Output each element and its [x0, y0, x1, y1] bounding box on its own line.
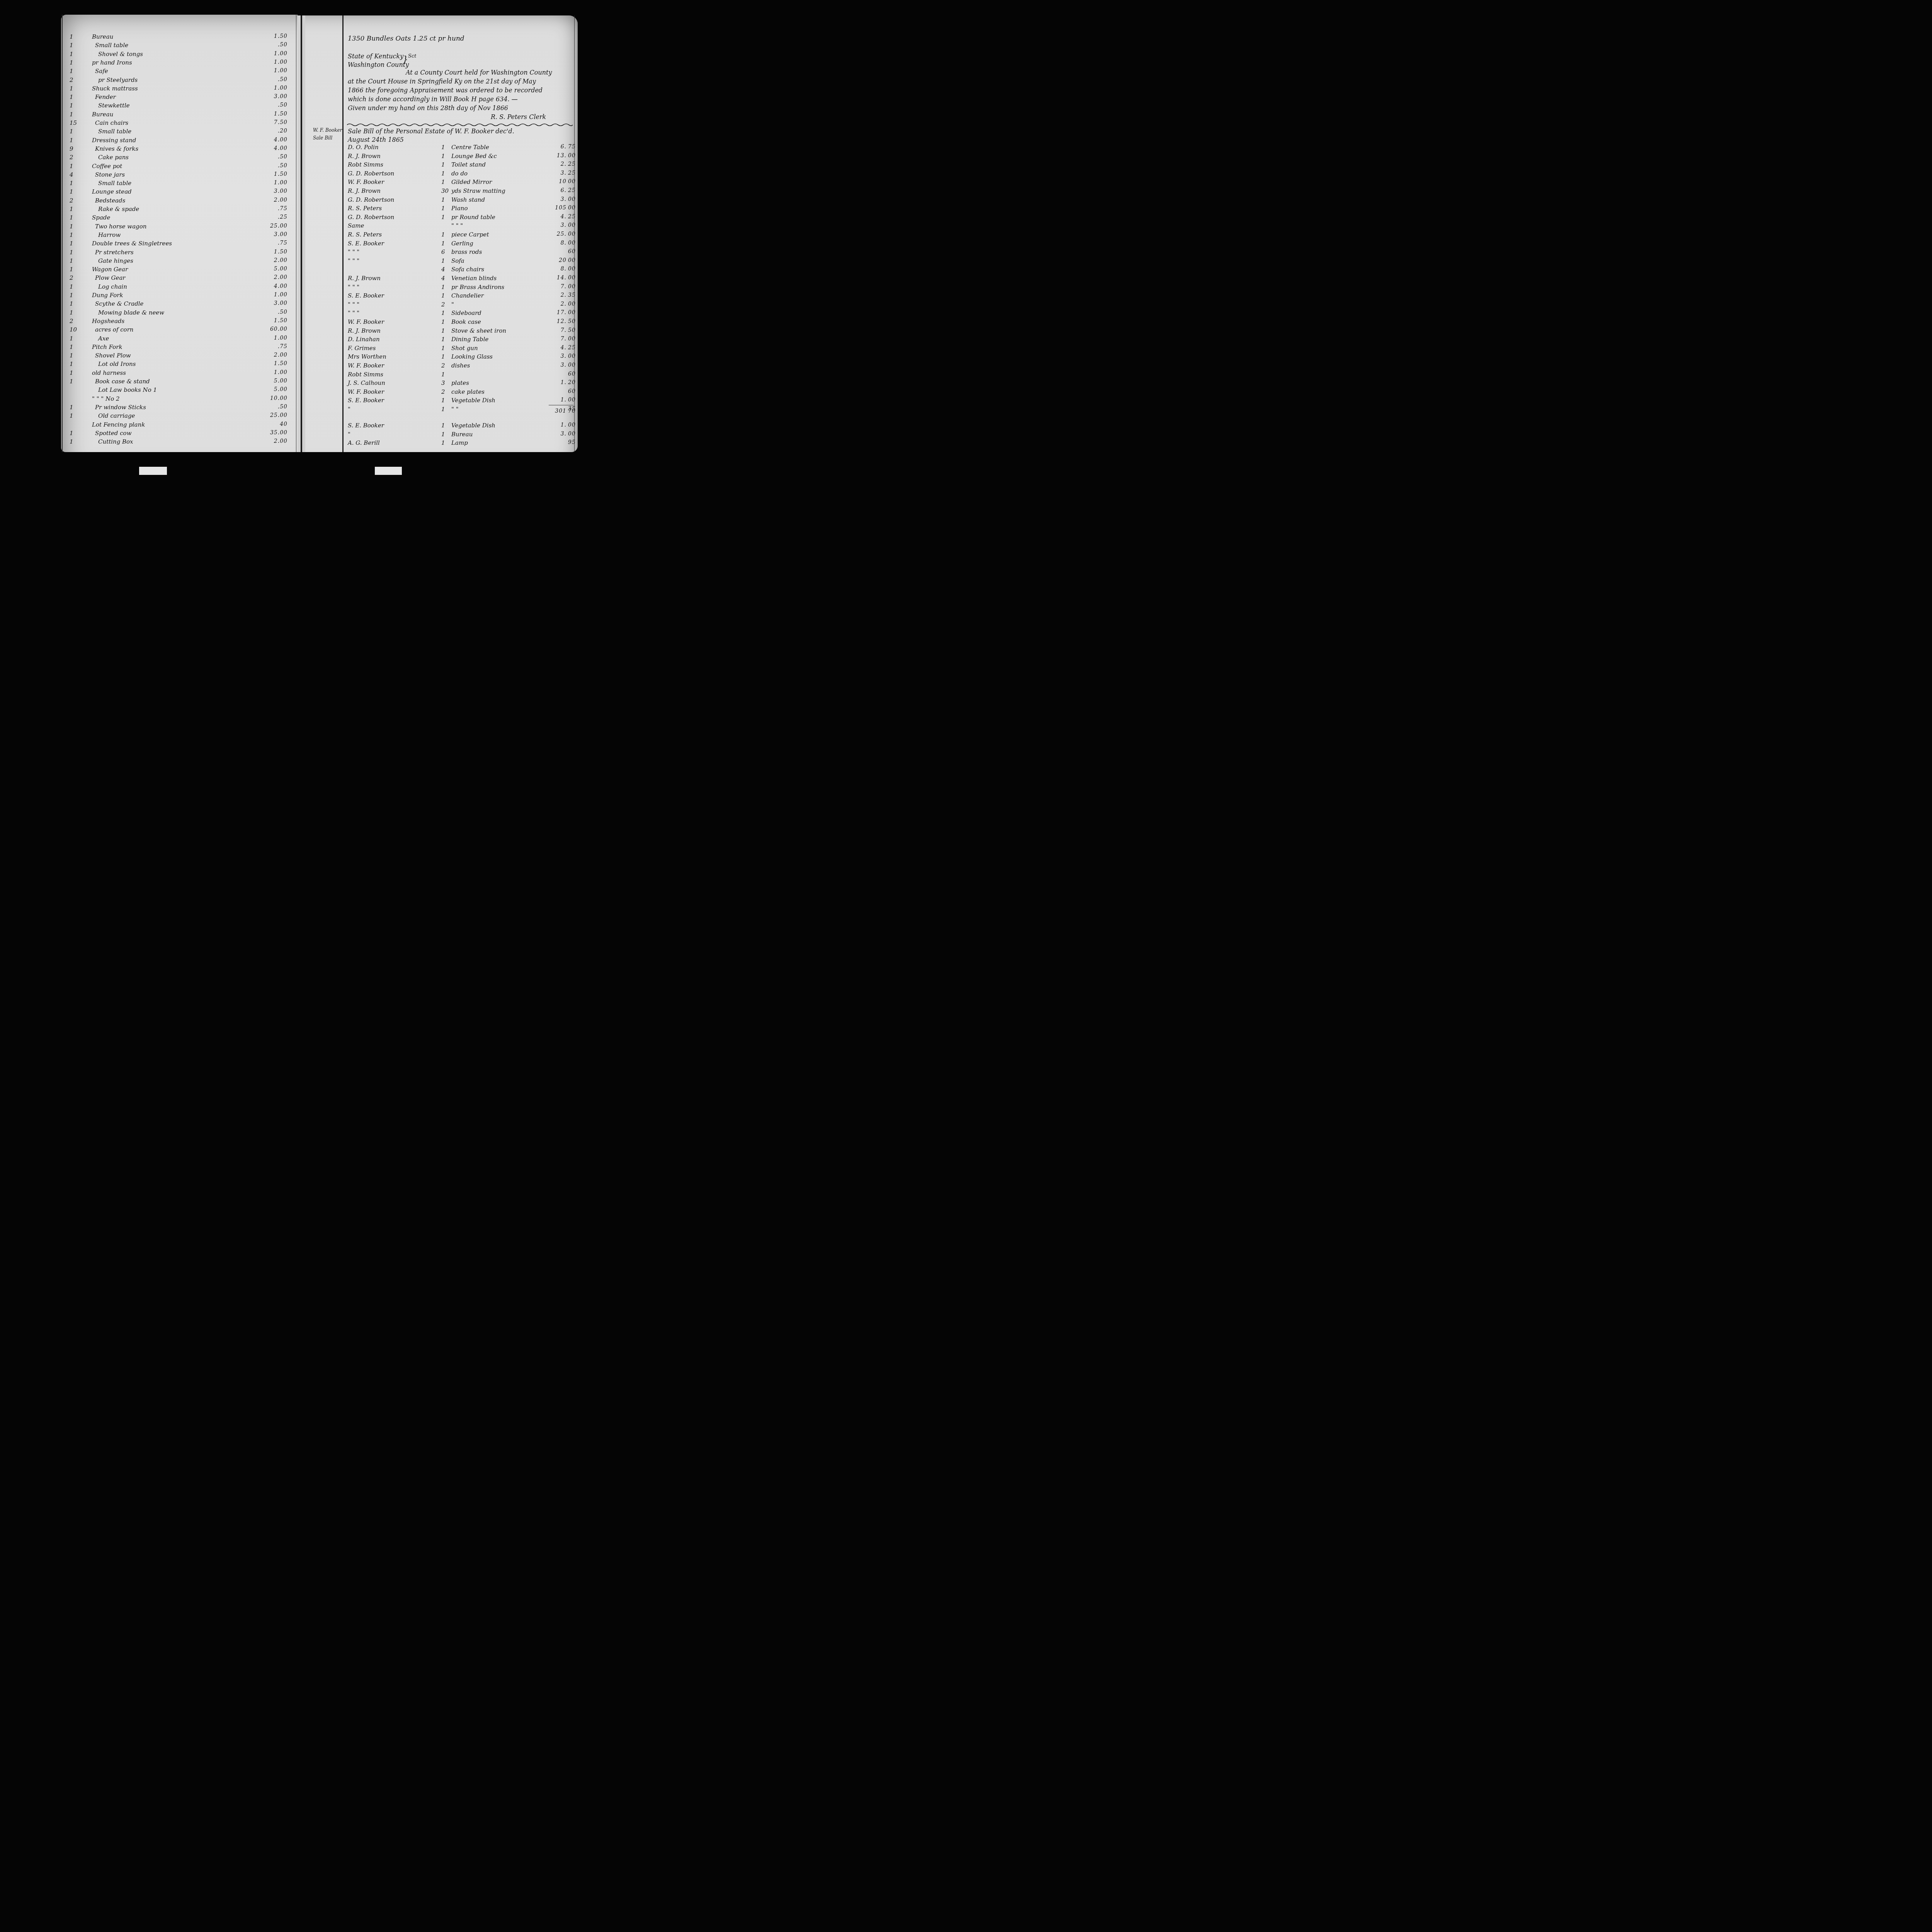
buyer-name: R. J. Brown	[348, 327, 381, 334]
sale-cents: 00	[568, 310, 577, 316]
buyer-name: G. D. Robertson	[348, 170, 394, 177]
sale-cents: 00	[568, 240, 577, 246]
sale-item: Venetian blinds	[451, 275, 497, 282]
sale-quantity: 1	[441, 345, 445, 352]
sale-cents: 60	[568, 248, 577, 255]
venue-county: Washington County	[348, 61, 409, 68]
item-description: Coffee pot	[92, 163, 122, 170]
sale-quantity: 1	[441, 231, 445, 238]
buyer-name: D. Linahan	[348, 336, 380, 343]
item-quantity: 1	[70, 33, 73, 40]
item-description: Old carriage	[98, 412, 135, 419]
inventory-row: 1Pr window Sticks.50	[61, 404, 298, 412]
item-quantity: 1	[70, 59, 73, 66]
buyer-name: A. G. Berill	[348, 439, 380, 446]
item-description: Two horse wagon	[95, 223, 146, 230]
item-quantity: 9	[70, 145, 73, 152]
item-amount: 1.00	[262, 335, 287, 341]
sale-row: D. Linahan1Dining Table7.00	[305, 336, 578, 344]
sale-dollars: 8.	[545, 266, 566, 272]
item-description: Plow Gear	[95, 274, 126, 281]
buyer-name: R. S. Peters	[348, 231, 382, 238]
inventory-row: 2Bedsteads2.00	[61, 197, 298, 206]
item-quantity: 1	[70, 352, 73, 359]
subtotal-dollars: 301	[541, 408, 566, 414]
sale-row: "1Bureau3.00	[305, 431, 578, 439]
sale-dollars: 2.	[545, 301, 566, 307]
sale-cents: 25	[568, 187, 577, 194]
sale-row: "1" "35	[305, 406, 578, 414]
inventory-row: 2Plow Gear2.00	[61, 274, 298, 283]
venue-state: State of Kentucky	[348, 53, 403, 60]
sale-row: G. D. Robertson1pr Round table4.25	[305, 214, 578, 222]
sale-cents: 00	[568, 284, 577, 290]
item-amount: .75	[262, 206, 287, 212]
item-description: Cutting Box	[98, 438, 133, 445]
item-description: Pitch Fork	[92, 344, 122, 350]
item-amount: 3.00	[262, 300, 287, 306]
sale-quantity: 1	[441, 257, 445, 264]
right-ledger-page: 1350 Bundles Oats 1.25 ct pr hund State …	[305, 15, 578, 452]
inventory-row: 1Log chain4.00	[61, 283, 298, 292]
sale-item: brass rods	[451, 248, 482, 255]
sale-cents: 00	[568, 205, 577, 211]
item-quantity: 10	[70, 326, 77, 333]
item-amount: 1.00	[262, 180, 287, 186]
item-amount: 1.50	[262, 249, 287, 255]
sale-item: piece Carpet	[451, 231, 489, 238]
sale-cents: 00	[568, 301, 577, 307]
item-description: Lot Fencing plank	[92, 421, 145, 428]
sale-item: Sideboard	[451, 310, 481, 316]
item-description: Hogsheads	[92, 318, 124, 325]
sale-cents: 00	[568, 431, 577, 437]
buyer-name: Robt Simms	[348, 371, 383, 378]
sale-quantity: 1	[441, 406, 445, 413]
sale-item: Shot gun	[451, 345, 478, 352]
item-amount: .75	[262, 344, 287, 350]
item-amount: .20	[262, 128, 287, 134]
inventory-row: Lot Fencing plank40	[61, 421, 298, 430]
sale-row: Same" " "3.00	[305, 222, 578, 231]
sale-dollars: 6.	[545, 187, 566, 194]
sale-quantity: 4	[441, 275, 445, 282]
gutter-rule	[301, 15, 302, 452]
item-quantity: 1	[70, 180, 73, 187]
buyer-name: J. S. Calhoun	[348, 379, 385, 386]
item-amount: .50	[262, 309, 287, 315]
sale-quantity: 1	[441, 397, 445, 404]
sale-quantity: 1	[441, 144, 445, 151]
sale-quantity: 2	[441, 388, 445, 395]
item-quantity: 1	[70, 188, 73, 195]
inventory-row: 1Shovel Plow2.00	[61, 352, 298, 361]
item-description: Small table	[98, 128, 131, 135]
item-quantity: 1	[70, 378, 73, 385]
inventory-row: 1Fender3.00	[61, 94, 298, 102]
sale-quantity: 1	[441, 153, 445, 160]
sale-quantity: 2	[441, 362, 445, 369]
item-description: Mowing blade & neew	[98, 309, 164, 316]
sale-dollars: 4.	[545, 345, 566, 351]
item-amount: .25	[262, 214, 287, 220]
certificate-line-4: which is done accordingly in Will Book H…	[348, 95, 518, 103]
item-amount: 4.00	[262, 283, 287, 289]
sale-item: pr Brass Andirons	[451, 284, 504, 291]
sale-dollars: 2.	[545, 292, 566, 298]
item-quantity: 1	[70, 266, 73, 273]
item-description: Wagon Gear	[92, 266, 128, 273]
buyer-name: R. J. Brown	[348, 153, 381, 160]
sale-row: D. O. Polin1Centre Table6.75	[305, 144, 578, 152]
item-amount: 7.50	[262, 119, 287, 126]
item-quantity: 2	[70, 197, 73, 204]
sale-item: "	[451, 301, 454, 308]
item-amount: 2.00	[262, 438, 287, 444]
sale-row: W. F. Booker1Book case12.50	[305, 318, 578, 327]
sale-row: Mrs Worthen1Looking Glass3.00	[305, 353, 578, 362]
sale-item: Vegetable Dish	[451, 397, 495, 404]
inventory-row: 9Knives & forks4.00	[61, 145, 298, 154]
item-description: Cain chairs	[95, 119, 128, 126]
sale-cents: 00	[568, 275, 577, 281]
sale-row: W. F. Booker1Gilded Mirror1000	[305, 179, 578, 187]
sale-quantity: 1	[441, 196, 445, 203]
subtotal-rule	[549, 405, 573, 405]
item-description: Axe	[98, 335, 109, 342]
item-quantity: 1	[70, 344, 73, 350]
item-description: Spotted cow	[95, 430, 131, 437]
inventory-row: 1old harness1.00	[61, 369, 298, 378]
sale-item: Gilded Mirror	[451, 179, 492, 185]
item-quantity: 4	[70, 171, 73, 178]
item-description: Book case & stand	[95, 378, 150, 385]
item-amount: 2.00	[262, 352, 287, 358]
item-description: Double trees & Singletrees	[92, 240, 172, 247]
sale-dollars: 14.	[545, 275, 566, 281]
inventory-row: 1Axe1.00	[61, 335, 298, 344]
sale-quantity: 1	[441, 214, 445, 221]
sale-item: Sofa chairs	[451, 266, 484, 273]
sale-dollars: 17.	[545, 310, 566, 316]
item-amount: 3.00	[262, 94, 287, 100]
sale-dollars: 7.	[545, 284, 566, 290]
item-description: acres of corn	[95, 326, 133, 333]
sale-row: A. G. Berill1Lamp95	[305, 439, 578, 448]
inventory-row: 1Rake & spade.75	[61, 206, 298, 214]
sale-row: R. J. Brown1Lounge Bed &c13.00	[305, 153, 578, 161]
item-description: Harrow	[98, 231, 121, 238]
sale-row: R. J. Brown4Venetian blinds14.00	[305, 275, 578, 283]
inventory-row: 1Pitch Fork.75	[61, 344, 298, 352]
item-amount: .50	[262, 163, 287, 169]
item-quantity: 1	[70, 68, 73, 75]
sale-dollars: 20	[545, 257, 566, 264]
buyer-name: Same	[348, 222, 364, 229]
item-description: old harness	[92, 369, 126, 376]
item-quantity: 1	[70, 292, 73, 299]
item-amount: 1.00	[262, 292, 287, 298]
sale-quantity: 1	[441, 422, 445, 429]
sale-row: " " "1Sofa2000	[305, 257, 578, 266]
inventory-row: 1Safe1.00	[61, 68, 298, 76]
sale-dollars: 13.	[545, 153, 566, 159]
wavy-divider	[347, 123, 573, 127]
sale-quantity: 1	[441, 284, 445, 291]
sale-cents: 20	[568, 379, 577, 386]
inventory-row: 1Dressing stand4.00	[61, 137, 298, 145]
sale-quantity: 1	[441, 336, 445, 343]
item-amount: 25.00	[262, 412, 287, 418]
item-amount: 1.50	[262, 171, 287, 177]
sale-dollars: 12.	[545, 318, 566, 325]
sale-quantity: 4	[441, 266, 445, 273]
sale-row: J. S. Calhoun3plates1.20	[305, 379, 578, 388]
item-description: Shuck mattrass	[92, 85, 138, 92]
sale-cents: 95	[568, 439, 577, 446]
buyer-name: " " "	[348, 301, 359, 308]
item-amount: .50	[262, 102, 287, 108]
inventory-row: 1Mowing blade & neew.50	[61, 309, 298, 318]
sale-bill-date: August 24th 1865	[348, 136, 404, 143]
inventory-row: 10acres of corn60.00	[61, 326, 298, 335]
item-description: Lounge stead	[92, 188, 132, 195]
item-quantity: 2	[70, 77, 73, 83]
sale-row: R. S. Peters1Piano10500	[305, 205, 578, 213]
sale-dollars: 10	[545, 179, 566, 185]
inventory-row: 1Gate hinges2.00	[61, 257, 298, 266]
sale-quantity: 1	[441, 205, 445, 212]
inventory-row: 1Harrow3.00	[61, 231, 298, 240]
sale-dollars: 105	[545, 205, 566, 211]
sale-item: Chandelier	[451, 292, 484, 299]
item-amount: 25.00	[262, 223, 287, 229]
item-quantity: 1	[70, 361, 73, 367]
item-amount: 1.00	[262, 369, 287, 376]
sale-row: R. J. Brown30yds Straw matting6.25	[305, 187, 578, 196]
sale-item: yds Straw matting	[451, 187, 505, 194]
sale-dollars: 1.	[545, 379, 566, 386]
sale-quantity: 30	[441, 187, 449, 194]
sale-cents: 60	[568, 371, 577, 377]
item-amount: 1.50	[262, 318, 287, 324]
item-description: Log chain	[98, 283, 127, 290]
item-quantity: 1	[70, 430, 73, 437]
sale-quantity: 1	[441, 327, 445, 334]
buyer-name: S. E. Booker	[348, 292, 384, 299]
inventory-row: 1Shuck mattrass1.00	[61, 85, 298, 94]
item-description: Small table	[98, 180, 131, 187]
certificate-line-1: At a County Court held for Washington Co…	[406, 69, 552, 76]
sale-item: " "	[451, 406, 459, 413]
sale-dollars: 25.	[545, 231, 566, 237]
inventory-row: 1Small table.20	[61, 128, 298, 136]
sale-item: Stove & sheet iron	[451, 327, 506, 334]
sale-quantity: 1	[441, 179, 445, 185]
buyer-name: "	[348, 431, 350, 438]
item-quantity: 15	[70, 119, 77, 126]
item-quantity: 1	[70, 102, 73, 109]
inventory-row: 1Spade.25	[61, 214, 298, 223]
item-description: Bureau	[92, 33, 113, 40]
sale-cents: 00	[568, 222, 577, 228]
item-quantity: 1	[70, 85, 73, 92]
inventory-row: 1Two horse wagon25.00	[61, 223, 298, 231]
sale-cents: 00	[568, 397, 577, 403]
item-amount: 3.00	[262, 188, 287, 194]
buyer-name: Robt Simms	[348, 161, 383, 168]
inventory-row: 1Small table.50	[61, 42, 298, 50]
sale-dollars: 8.	[545, 240, 566, 246]
sale-row: S. E. Booker1Chandelier2.35	[305, 292, 578, 301]
item-description: Scythe & Cradle	[95, 300, 143, 307]
sale-quantity: 1	[441, 292, 445, 299]
item-description: Pr stretchers	[95, 249, 134, 256]
sale-row: S. E. Booker1Vegetable Dish1.00	[305, 422, 578, 430]
sale-row: " " "2"2.00	[305, 301, 578, 310]
sale-item: " " "	[451, 222, 463, 229]
sale-cents: 00	[568, 266, 577, 272]
sale-item: Wash stand	[451, 196, 485, 203]
buyer-name: W. F. Booker	[348, 318, 384, 325]
sale-dollars: 1.	[545, 422, 566, 428]
item-amount: .50	[262, 404, 287, 410]
item-quantity: 1	[70, 206, 73, 213]
inventory-row: 1Old carriage25.00	[61, 412, 298, 421]
sale-row: R. J. Brown1Stove & sheet iron7.50	[305, 327, 578, 336]
item-amount: 35.00	[262, 430, 287, 436]
inventory-row: 15Cain chairs7.50	[61, 119, 298, 128]
buyer-name: G. D. Robertson	[348, 214, 394, 221]
inventory-row: 1Pr stretchers1.50	[61, 249, 298, 257]
sale-item: dishes	[451, 362, 470, 369]
buyer-name: " " "	[348, 284, 359, 291]
sale-dollars: 3.	[545, 353, 566, 359]
item-amount: 2.00	[262, 274, 287, 281]
inventory-row: 1Book case & stand5.00	[61, 378, 298, 386]
sale-row: G. D. Robertson1do do3.25	[305, 170, 578, 179]
item-description: Fender	[95, 94, 116, 100]
item-description: Shovel Plow	[95, 352, 131, 359]
inventory-row: 1Double trees & Singletrees.75	[61, 240, 298, 248]
sale-item: Bureau	[451, 431, 473, 438]
item-quantity: 2	[70, 318, 73, 325]
sale-quantity: 1	[441, 371, 445, 378]
sale-cents: 60	[568, 388, 577, 395]
sale-cents: 35	[568, 292, 577, 298]
sale-cents: 00	[568, 153, 577, 159]
sale-row: " " "1Sideboard17.00	[305, 310, 578, 318]
item-quantity: 1	[70, 309, 73, 316]
sale-dollars: 3.	[545, 196, 566, 202]
sale-item: pr Round table	[451, 214, 495, 221]
item-amount: .75	[262, 240, 287, 246]
inventory-row: 1Shovel & tongs1.00	[61, 51, 298, 59]
item-description: Safe	[95, 68, 108, 75]
sale-quantity: 1	[441, 310, 445, 316]
margin-note-name: W. F. Booker	[313, 128, 342, 133]
sale-row: R. S. Peters1piece Carpet25.00	[305, 231, 578, 240]
clerk-signature: R. S. Peters Clerk	[491, 113, 546, 121]
sale-item: Dining Table	[451, 336, 488, 343]
item-quantity: 1	[70, 231, 73, 238]
item-quantity: 1	[70, 283, 73, 290]
item-description: Stewkettle	[98, 102, 130, 109]
sale-cents: 00	[568, 353, 577, 359]
sale-row: S. E. Booker1Vegetable Dish1.00	[305, 397, 578, 405]
item-quantity: 1	[70, 412, 73, 419]
item-amount: 2.00	[262, 257, 287, 264]
sale-row: Robt Simms160	[305, 371, 578, 379]
inventory-row: 1Cutting Box2.00	[61, 438, 298, 447]
sale-item: Centre Table	[451, 144, 489, 151]
item-amount: 60.00	[262, 326, 287, 332]
sale-item: do do	[451, 170, 468, 177]
sale-dollars: 7.	[545, 327, 566, 333]
sale-item: plates	[451, 379, 469, 386]
sale-item: Toilet stand	[451, 161, 486, 168]
item-description: Bureau	[92, 111, 113, 118]
buyer-name: " " "	[348, 257, 359, 264]
sale-dollars: 6.	[545, 144, 566, 150]
venue-suffix: Sct	[408, 53, 416, 59]
inventory-row: 1Spotted cow35.00	[61, 430, 298, 438]
subtotal-cents: 70	[568, 408, 577, 414]
item-amount: 5.00	[262, 378, 287, 384]
sale-item: Lounge Bed &c	[451, 153, 497, 160]
certificate-line-2: at the Court House in Springfield Ky on …	[348, 78, 536, 85]
item-amount: 5.00	[262, 266, 287, 272]
sale-item: cake plates	[451, 388, 485, 395]
sale-bill-title: Sale Bill of the Personal Estate of W. F…	[348, 128, 514, 135]
buyer-name: " " "	[348, 310, 359, 316]
buyer-name: W. F. Booker	[348, 388, 384, 395]
sale-cents: 25	[568, 170, 577, 176]
sale-cents: 00	[568, 179, 577, 185]
sale-row: " " "6brass rods60	[305, 248, 578, 257]
sale-dollars: 3.	[545, 170, 566, 176]
item-description: Lot old Irons	[98, 361, 136, 367]
sale-dollars: 1.	[545, 397, 566, 403]
item-description: Dressing stand	[92, 137, 136, 144]
sale-cents: 00	[568, 231, 577, 237]
inventory-row: 4Stone jars1.50	[61, 171, 298, 180]
film-marker-left	[139, 467, 167, 475]
sale-quantity: 2	[441, 301, 445, 308]
item-amount: 1.50	[262, 33, 287, 39]
inventory-row: 2pr Steelyards.50	[61, 77, 298, 85]
item-quantity: 1	[70, 404, 73, 411]
inventory-row: 2Hogsheads1.50	[61, 318, 298, 326]
sale-cents: 00	[568, 257, 577, 264]
sale-row: 4Sofa chairs8.00	[305, 266, 578, 274]
sale-cents: 50	[568, 318, 577, 325]
sale-cents: 25	[568, 214, 577, 220]
sale-dollars: 3.	[545, 222, 566, 228]
sale-quantity: 1	[441, 318, 445, 325]
item-description: Gate hinges	[98, 257, 133, 264]
item-quantity: 1	[70, 163, 73, 170]
item-description: Small table	[95, 42, 128, 49]
sale-quantity: 1	[441, 170, 445, 177]
sale-dollars: 4.	[545, 214, 566, 220]
inventory-row: 1Small table1.00	[61, 180, 298, 188]
sale-dollars: 3.	[545, 431, 566, 437]
sale-row: G. D. Robertson1Wash stand3.00	[305, 196, 578, 205]
item-description: Bedsteads	[95, 197, 125, 204]
buyer-name: R. J. Brown	[348, 187, 381, 194]
sale-cents: 25	[568, 345, 577, 351]
